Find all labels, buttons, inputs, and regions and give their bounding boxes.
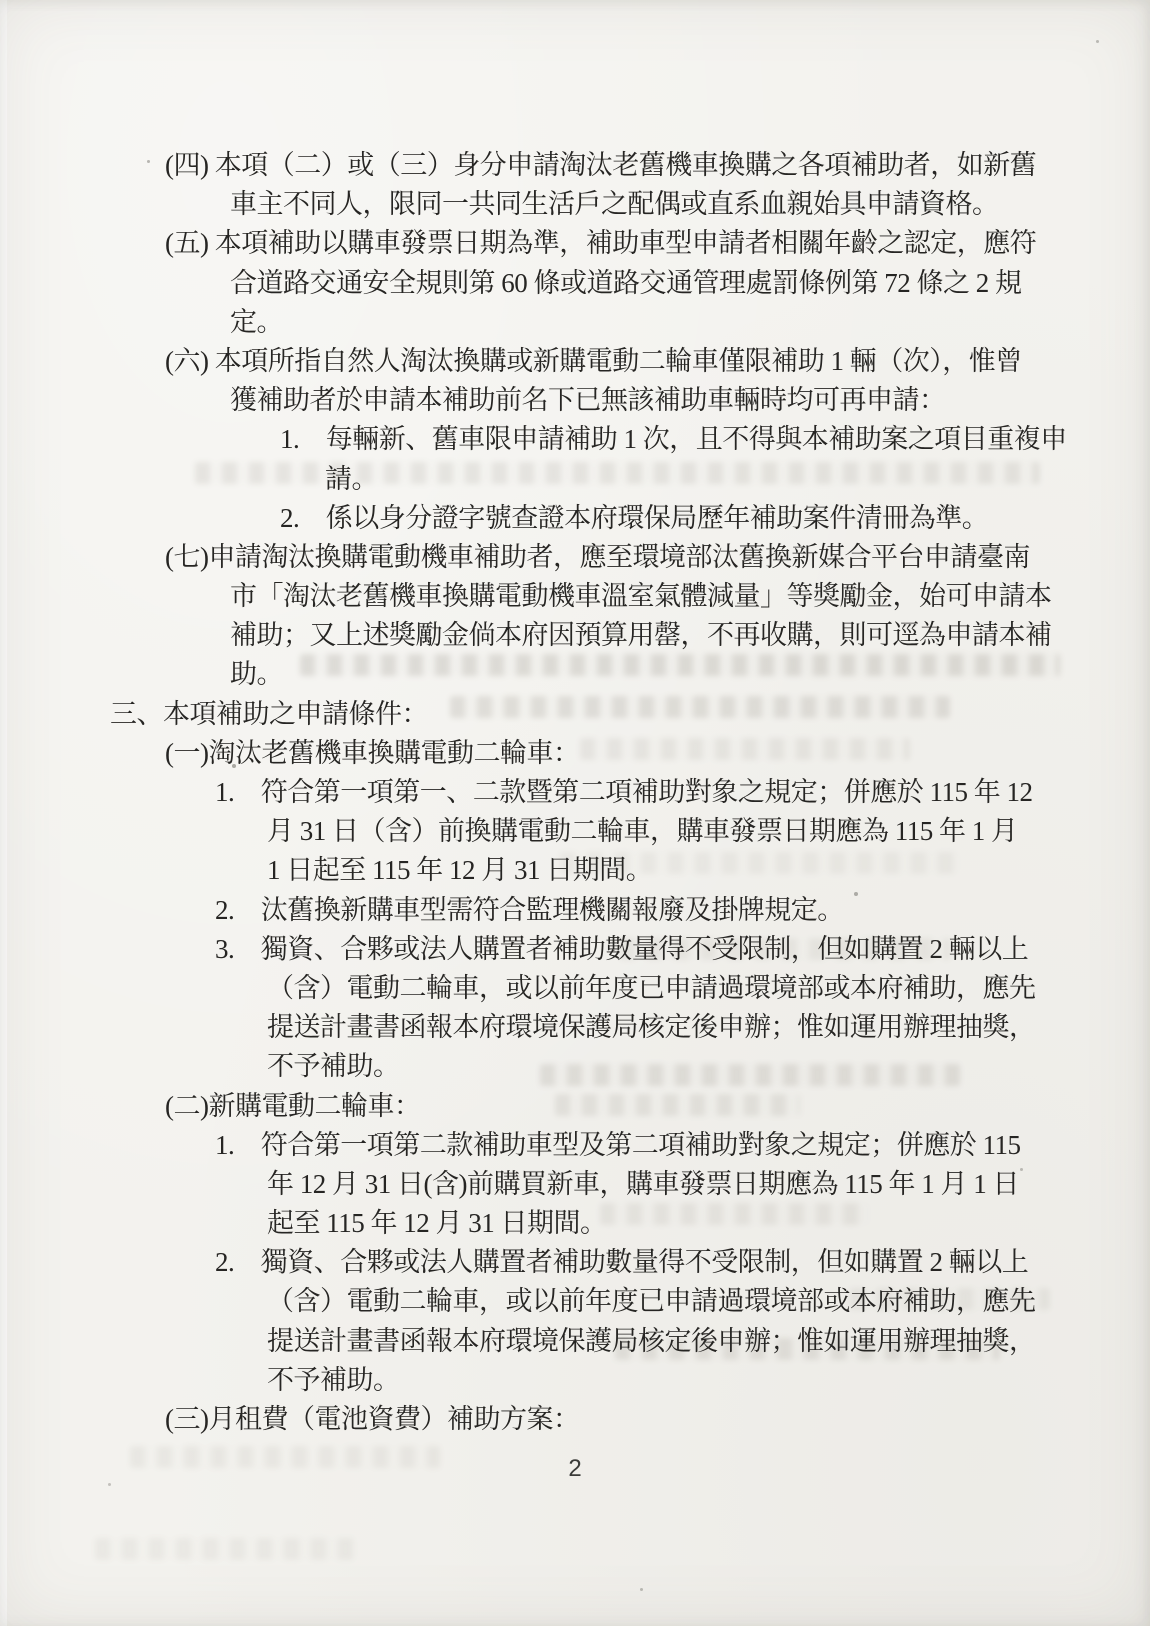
text-line: 助。	[0, 655, 1150, 694]
text-line: 2. 汰舊換新購車型需符合監理機關報廢及掛牌規定。	[0, 891, 1150, 930]
text-line: 2. 獨資、合夥或法人購置者補助數量得不受限制，但如購置 2 輛以上	[0, 1243, 1150, 1282]
text-line: (四) 本項（二）或（三）身分申請淘汰老舊機車換購之各項補助者，如新舊	[0, 146, 1150, 185]
text-line: （含）電動二輪車，或以前年度已申請過環境部或本府補助，應先	[0, 1282, 1150, 1321]
text-line: 2. 係以身分證字號查證本府環保局歷年補助案件清冊為準。	[0, 499, 1150, 538]
text-line: 年 12 月 31 日(含)前購買新車，購車發票日期應為 115 年 1 月 1…	[0, 1165, 1150, 1204]
text-line: 請。	[0, 460, 1150, 499]
text-line: 1 日起至 115 年 12 月 31 日期間。	[0, 851, 1150, 890]
text-line: 三、本項補助之申請條件：	[0, 695, 1150, 734]
text-line: (二)新購電動二輪車：	[0, 1087, 1150, 1126]
scan-speck	[640, 1588, 643, 1591]
document-body: (四) 本項（二）或（三）身分申請淘汰老舊機車換購之各項補助者，如新舊車主不同人…	[0, 146, 1150, 1439]
scanned-page: (四) 本項（二）或（三）身分申請淘汰老舊機車換購之各項補助者，如新舊車主不同人…	[0, 0, 1150, 1626]
scan-speck	[108, 1483, 111, 1486]
text-line: 3. 獨資、合夥或法人購置者補助數量得不受限制，但如購置 2 輛以上	[0, 930, 1150, 969]
text-line: 車主不同人，限同一共同生活戶之配偶或直系血親始具申請資格。	[0, 185, 1150, 224]
text-line: 月 31 日（含）前換購電動二輪車，購車發票日期應為 115 年 1 月	[0, 812, 1150, 851]
text-line: 補助；又上述獎勵金倘本府因預算用罄，不再收購，則可逕為申請本補	[0, 616, 1150, 655]
page-number: 2	[0, 1455, 1150, 1483]
bleedthrough-smudge	[95, 1538, 355, 1560]
text-line: 獲補助者於申請本補助前名下已無該補助車輛時均可再申請：	[0, 381, 1150, 420]
text-line: 提送計畫書函報本府環境保護局核定後申辦；惟如運用辦理抽獎，	[0, 1322, 1150, 1361]
text-line: （含）電動二輪車，或以前年度已申請過環境部或本府補助，應先	[0, 969, 1150, 1008]
text-line: 定。	[0, 303, 1150, 342]
text-line: (五) 本項補助以購車發票日期為準，補助車型申請者相關年齡之認定，應符	[0, 224, 1150, 263]
text-line: (三)月租費（電池資費）補助方案：	[0, 1400, 1150, 1439]
text-line: 市「淘汰老舊機車換購電動機車溫室氣體減量」等獎勵金，始可申請本	[0, 577, 1150, 616]
text-line: (六) 本項所指自然人淘汰換購或新購電動二輪車僅限補助 1 輛（次），惟曾	[0, 342, 1150, 381]
text-line: 1. 符合第一項第二款補助車型及第二項補助對象之規定；併應於 115	[0, 1126, 1150, 1165]
text-line: (七)申請淘汰換購電動機車補助者，應至環境部汰舊換新媒合平台申請臺南	[0, 538, 1150, 577]
text-line: 合道路交通安全規則第 60 條或道路交通管理處罰條例第 72 條之 2 規	[0, 264, 1150, 303]
text-line: 起至 115 年 12 月 31 日期間。	[0, 1204, 1150, 1243]
text-line: 不予補助。	[0, 1361, 1150, 1400]
text-line: (一)淘汰老舊機車換購電動二輪車：	[0, 734, 1150, 773]
text-line: 1. 符合第一項第一、二款暨第二項補助對象之規定；併應於 115 年 12	[0, 773, 1150, 812]
text-line: 1. 每輛新、舊車限申請補助 1 次，且不得與本補助案之項目重複申	[0, 420, 1150, 459]
scan-speck	[1096, 40, 1099, 43]
text-line: 提送計畫書函報本府環境保護局核定後申辦；惟如運用辦理抽獎，	[0, 1008, 1150, 1047]
text-line: 不予補助。	[0, 1047, 1150, 1086]
